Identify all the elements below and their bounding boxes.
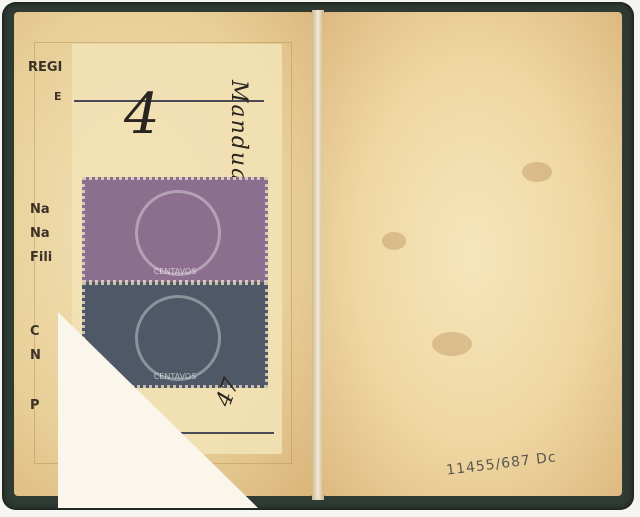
label-fragment: Na [30,226,50,241]
label-fragment: Fili [30,250,52,265]
portrait-oval [135,190,221,276]
foxing-stain [382,232,406,250]
label-fragment: C [30,324,40,339]
foxing-stain [522,162,552,182]
label-fragment: P [30,398,40,413]
heading-fragment: REGI [28,60,62,75]
label-fragment: Na [30,202,50,217]
folded-paper-corner [58,312,258,508]
handwritten-mark: 4 [124,82,160,147]
label-fragment: N [30,348,41,363]
stamp-caption: CENTAVOS [85,267,265,276]
right-page [322,12,622,496]
foxing-stain [432,332,472,356]
left-page: REGI E Na Na Fili C N P 4 Manduano CENTA… [14,12,314,496]
purple-revenue-stamp: CENTAVOS [82,177,268,283]
label-fragment: E [54,90,62,103]
